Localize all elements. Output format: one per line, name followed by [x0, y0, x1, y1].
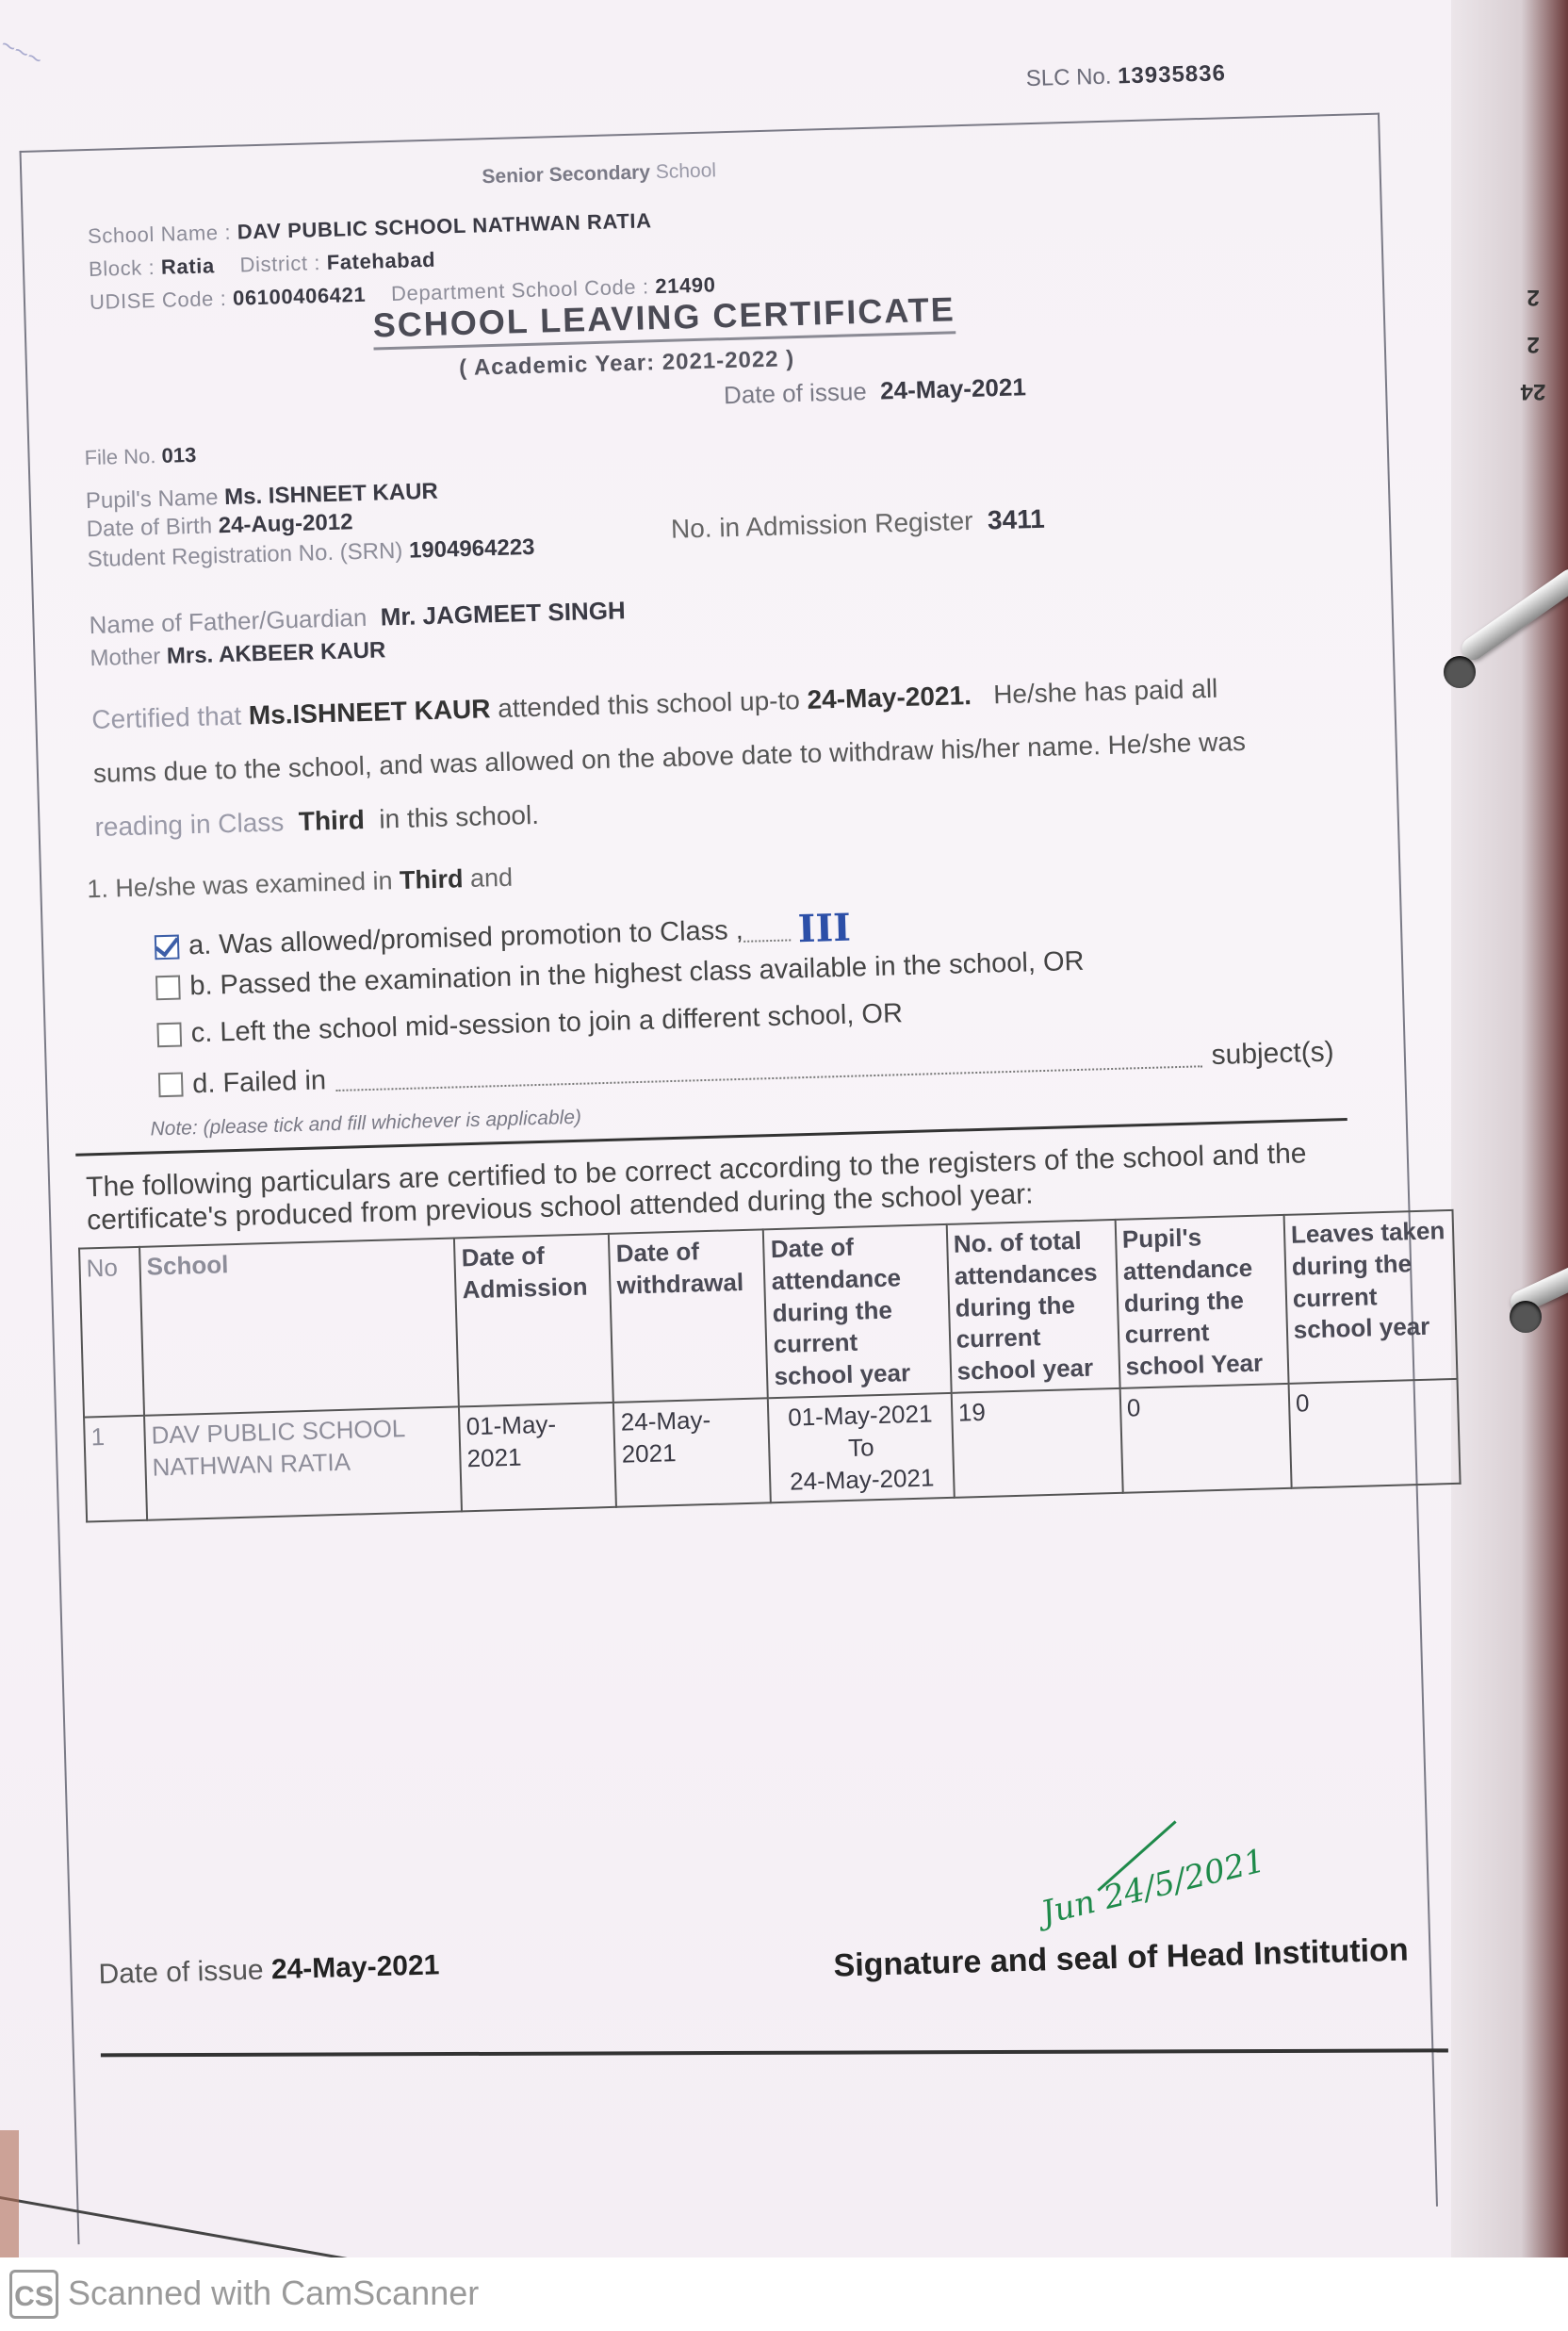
- option-a-checkbox[interactable]: [155, 934, 180, 960]
- page-edge-marks: 24 2 2: [1519, 273, 1547, 415]
- punch-hole: [1444, 656, 1476, 688]
- handwritten-class: III: [797, 906, 851, 952]
- scanned-photo: ~~~ 24 2 2 SLC No. 13935836 Senior Secon…: [0, 0, 1568, 2257]
- punch-hole: [1510, 1301, 1542, 1333]
- option-d-checkbox[interactable]: [158, 1073, 184, 1098]
- scanner-watermark-text: Scanned with CamScanner: [68, 2274, 479, 2313]
- option-c-checkbox[interactable]: [156, 1022, 182, 1047]
- particulars-table: No School Date of Admission Date of with…: [78, 1209, 1462, 1523]
- slc-number: SLC No. 13935836: [1025, 60, 1226, 92]
- camscanner-logo-icon: CS: [9, 2270, 58, 2319]
- option-b-checkbox[interactable]: [155, 975, 181, 1000]
- attendance-range: 01-May-2021 To 24-May-2021: [768, 1393, 954, 1503]
- certificate-sheet: SLC No. 13935836 Senior Secondary School…: [17, 26, 1489, 2176]
- fill-line: [743, 918, 791, 942]
- finger-shadow: [0, 2130, 19, 2257]
- file-number: File No. 013: [84, 443, 196, 470]
